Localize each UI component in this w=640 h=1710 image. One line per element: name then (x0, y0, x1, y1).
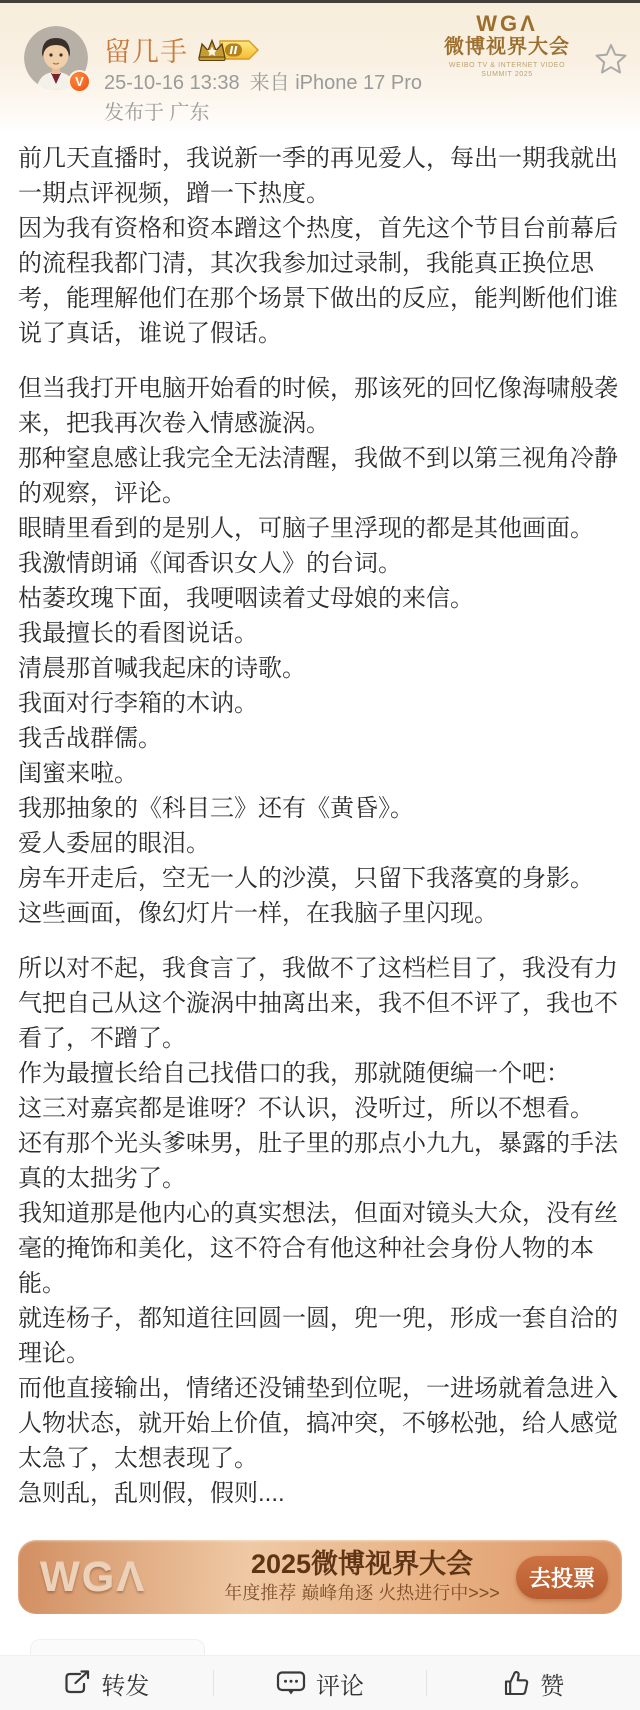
banner-wga-logo: WGΛ (40, 1553, 208, 1601)
post-header: V 留几手 II (0, 0, 640, 133)
wga-logo-name: 微博视界大会 (422, 35, 592, 59)
banner-title: 2025微博视界大会 (208, 1549, 516, 1579)
post-paragraph: 所以对不起，我食言了，我做不了这档栏目了，我没有力气把自己从这个漩涡中抽离出来，… (18, 951, 622, 1056)
post-paragraph: 闺蜜来啦。 (18, 756, 622, 791)
banner-subtitle: 年度推荐 巅峰角逐 火热进行中>>> (208, 1581, 516, 1605)
like-button[interactable]: 赞 (427, 1656, 640, 1710)
vote-button[interactable]: 去投票 (516, 1556, 608, 1599)
post-paragraph: 急则乱，乱则假，假则.... (18, 1476, 622, 1511)
like-icon (503, 1670, 530, 1696)
post-paragraph: 眼睛里看到的是别人，可脑子里浮现的都是其他画面。 (18, 511, 622, 546)
post-paragraph: 还有那个光头爹味男，肚子里的那点小九九，暴露的手法真的太拙劣了。 (18, 1126, 622, 1196)
top-edge-strip (0, 0, 640, 3)
post-paragraph: 我知道那是他内心的真实想法，但面对镜头大众，没有丝毫的掩饰和美化，这不符合有他这… (18, 1196, 622, 1301)
event-banner[interactable]: WGΛ 2025微博视界大会 年度推荐 巅峰角逐 火热进行中>>> 去投票 (18, 1540, 622, 1614)
username[interactable]: 留几手 (104, 30, 188, 69)
comment-icon (276, 1670, 306, 1697)
post-paragraph: 我面对行李箱的木讷。 (18, 686, 622, 721)
post-paragraph: 就连杨子，都知道往回圆一圆，兜一兜，形成一套自洽的理论。 (18, 1301, 622, 1371)
comment-label: 评论 (316, 1666, 364, 1701)
post-paragraph: 房车开走后，空无一人的沙漠，只留下我落寞的身影。 (18, 861, 622, 896)
post-paragraph: 清晨那首喊我起床的诗歌。 (18, 651, 622, 686)
post-paragraph: 因为我有资格和资本蹭这个热度，首先这个节目台前幕后的流程我都门清，其次我参加过录… (18, 211, 622, 351)
comment-button[interactable]: 评论 (214, 1656, 427, 1710)
post-paragraph: 但当我打开电脑开始看的时候，那该死的回忆像海啸般袭来，把我再次卷入情感漩涡。 (18, 371, 622, 441)
post-paragraph: 我那抽象的《科目三》还有《黄昏》。 (18, 791, 622, 826)
post-paragraph: 那种窒息感让我完全无法清醒，我做不到以第三视角冷静的观察，评论。 (18, 441, 622, 511)
post-meta-time: 25-10-16 13:38来自 iPhone 17 Pro (104, 66, 422, 95)
favorite-star-icon[interactable] (594, 42, 628, 76)
post-paragraph: 作为最擅长给自己找借口的我，那就随便编一个吧： (18, 1056, 622, 1091)
post-paragraph: 这三对嘉宾都是谁呀？不认识，没听过，所以不想看。 (18, 1091, 622, 1126)
timestamp: 25-10-16 13:38 (104, 72, 240, 94)
post-source[interactable]: 来自 iPhone 17 Pro (250, 72, 422, 94)
post-location: 发布于 广东 (104, 96, 210, 125)
svg-text:II: II (229, 44, 237, 57)
post-text: 前几天直播时，我说新一季的再见爱人，每出一期我就出一期点评视频，蹭一下热度。因为… (0, 133, 640, 1511)
repost-button[interactable]: 转发 (0, 1656, 213, 1710)
post-paragraph: 这些画面，像幻灯片一样，在我脑子里闪现。 (18, 896, 622, 931)
repost-icon (63, 1670, 91, 1696)
post-paragraph: 我舌战群儒。 (18, 721, 622, 756)
wga-logo-mark: WGΛ (422, 13, 592, 35)
like-label: 赞 (540, 1666, 564, 1701)
post-paragraph (18, 931, 622, 951)
post-paragraph: 爱人委屈的眼泪。 (18, 826, 622, 861)
post-paragraph: 而他直接输出，情绪还没铺垫到位呢，一进场就着急进入人物状态，就开始上价值，搞冲突… (18, 1371, 622, 1476)
verified-badge-icon: V (68, 70, 91, 93)
post-paragraph: 枯萎玫瑰下面，我哽咽读着丈母娘的来信。 (18, 581, 622, 616)
weibo-post-screen: V 留几手 II (0, 0, 640, 1710)
post-paragraph: 我最擅长的看图说话。 (18, 616, 622, 651)
post-paragraph: 我激情朗诵《闻香识女人》的台词。 (18, 546, 622, 581)
avatar[interactable]: V (24, 26, 88, 90)
vip-crown-badge-icon[interactable]: II (196, 37, 260, 63)
post-paragraph: 前几天直播时，我说新一季的再见爱人，每出一期我就出一期点评视频，蹭一下热度。 (18, 141, 622, 211)
event-watermark-logo: WGΛ 微博视界大会 WEIBO TV & INTERNET VIDEO SUM… (422, 13, 592, 79)
action-bar: 转发 评论 赞 (0, 1655, 640, 1710)
repost-label: 转发 (101, 1666, 149, 1701)
post-paragraph (18, 351, 622, 371)
wga-logo-caption: WEIBO TV & INTERNET VIDEO SUMMIT 2025 (422, 61, 592, 79)
